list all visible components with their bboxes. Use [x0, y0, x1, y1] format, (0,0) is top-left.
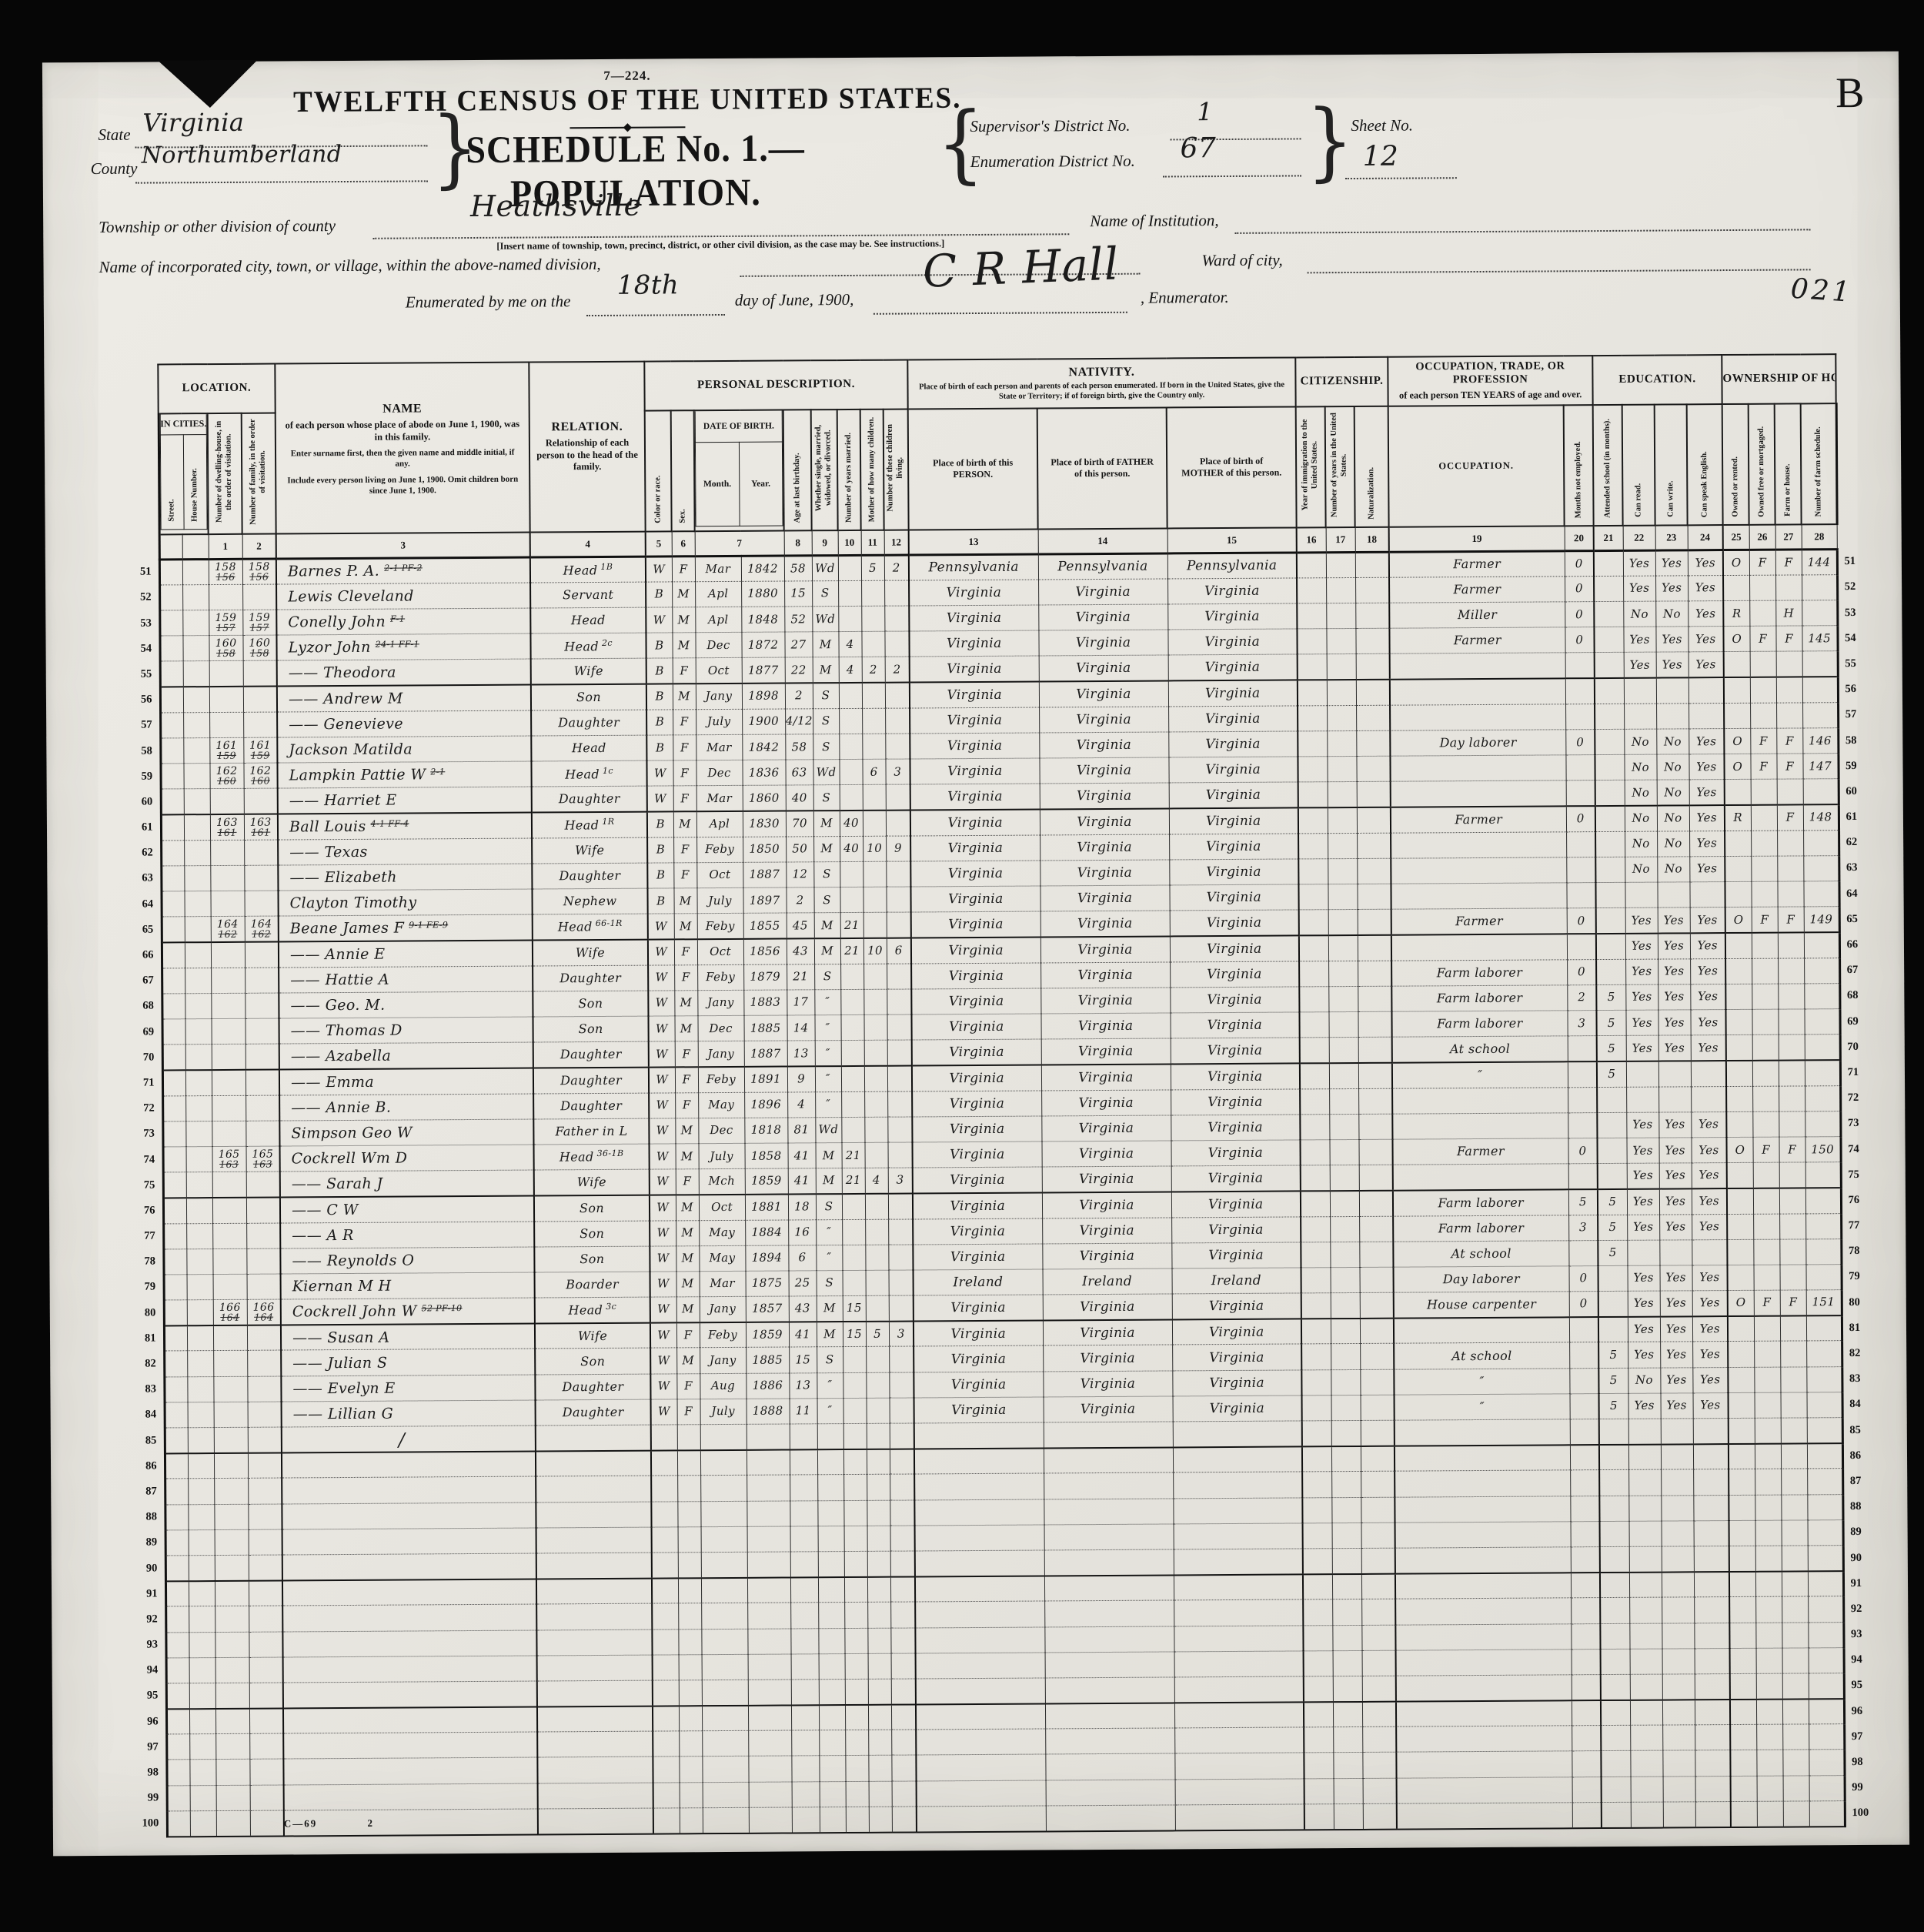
- cell-family-number: [244, 788, 278, 814]
- cell-color-race: W: [647, 786, 673, 811]
- cell-can-read: [1628, 1419, 1661, 1444]
- cell-marital-status: S: [814, 887, 840, 913]
- cell-can-write: No: [1657, 780, 1689, 805]
- cell-months-not-employed: 0: [1565, 627, 1594, 653]
- cell-years-married: [838, 580, 861, 606]
- cell-house-number: [186, 1198, 212, 1223]
- cell-years-married: [839, 683, 862, 708]
- cell-pob-person: Virginia: [913, 1192, 1042, 1218]
- cell-children-living: 2: [884, 555, 909, 580]
- cell-age: 11: [790, 1399, 817, 1424]
- cell-farm-schedule-number: [1806, 1265, 1842, 1290]
- cell-pob-person: Virginia: [914, 1295, 1043, 1321]
- row-number-left: 67: [128, 968, 162, 994]
- row-number-left: 72: [129, 1096, 162, 1121]
- cell-naturalization: [1361, 1523, 1395, 1548]
- cell-dwelling-number: 165163: [212, 1146, 246, 1172]
- cell-sex: [677, 1425, 700, 1450]
- city-label: Name of incorporated city, town, or vill…: [99, 255, 600, 277]
- cell-years-married: [844, 1526, 867, 1551]
- cell-occupation: [1395, 1573, 1571, 1599]
- cell-years-married: [841, 1117, 864, 1142]
- cell-can-speak-english: Yes: [1688, 601, 1723, 627]
- cell-can-write: Yes: [1655, 627, 1688, 652]
- bottom-print-code: C—69 2: [284, 1817, 374, 1830]
- cell-pob-father: [1044, 1447, 1173, 1473]
- cell-can-read: [1629, 1597, 1662, 1623]
- row-number-left: 98: [132, 1760, 166, 1785]
- row-number-right: 70: [1840, 1035, 1874, 1060]
- cell-occupation: Farm laborer: [1393, 1215, 1568, 1242]
- cell-pob-father: Virginia: [1040, 860, 1169, 886]
- cell-age: [791, 1756, 819, 1781]
- supervisor-district-label: Supervisor's District No.: [970, 116, 1130, 136]
- cell-birth-year: 1859: [745, 1168, 788, 1195]
- cell-sex: F: [676, 1373, 700, 1399]
- page-mark: 021: [1790, 273, 1854, 309]
- cell-pob-father: Virginia: [1043, 1345, 1172, 1371]
- cell-birth-month: Mar: [695, 556, 741, 582]
- cell-birth-month: July: [699, 1143, 745, 1169]
- cell-marital-status: ″: [816, 1219, 842, 1245]
- cell-farm-schedule-number: [1809, 1724, 1844, 1750]
- cell-birth-month: [701, 1629, 747, 1655]
- cell-occupation: At school: [1394, 1342, 1569, 1369]
- enumerator-suffix: , Enumerator.: [1141, 288, 1229, 308]
- cell-marital-status: M: [814, 938, 840, 964]
- cell-pob-person: [915, 1525, 1044, 1551]
- cell-occupation: [1391, 883, 1567, 910]
- cell-children-living: [888, 1193, 913, 1218]
- cell-relation: [538, 1783, 653, 1809]
- cell-farm-schedule-number: 150: [1805, 1137, 1841, 1162]
- cell-relation: [537, 1731, 653, 1757]
- row-number-right: 82: [1842, 1341, 1876, 1366]
- cell-color-race: [652, 1553, 678, 1578]
- cell-name: —— Geo. M.: [279, 991, 533, 1018]
- cell-owned-rented: O: [1723, 550, 1749, 575]
- cell-pob-father: [1044, 1472, 1173, 1499]
- cell-relation: Daughter: [533, 965, 648, 991]
- cell-name: Lewis Cleveland: [276, 583, 530, 610]
- cell-years-married: [845, 1730, 868, 1756]
- cell-owned-rented: [1724, 652, 1750, 677]
- cell-pob-father: Virginia: [1041, 1013, 1171, 1039]
- row-number-right: 56: [1838, 677, 1872, 702]
- cell-pob-person: [915, 1550, 1044, 1576]
- cell-birth-year: 1856: [743, 938, 787, 964]
- cell-occupation: [1392, 1113, 1568, 1140]
- cell-color-race: B: [646, 658, 673, 684]
- cell-birth-month: Jany: [698, 1041, 744, 1068]
- cell-family-number: 160158: [242, 635, 276, 660]
- cell-owned-rented: [1729, 1469, 1755, 1495]
- cell-years-in-us: [1327, 654, 1356, 680]
- cell-age: 70: [786, 811, 813, 836]
- cell-occupation: Day laborer: [1390, 730, 1565, 757]
- cell-free-mortgaged: F: [1751, 754, 1777, 779]
- cell-years-in-us: [1331, 1472, 1361, 1497]
- cell-owned-rented: [1727, 1214, 1753, 1239]
- cell-farm-schedule-number: [1807, 1418, 1842, 1443]
- cell-marital-status: ″: [815, 1066, 841, 1091]
- cell-name: —— Elizabeth: [278, 864, 532, 891]
- cell-mother-of-children: [864, 1014, 887, 1040]
- cell-dwelling-number: 166164: [213, 1299, 247, 1325]
- cell-mother-of-children: [868, 1704, 891, 1730]
- cell-naturalization: [1358, 986, 1391, 1011]
- cell-name: —— Lillian G: [282, 1400, 536, 1427]
- cell-birth-year: 1842: [741, 556, 784, 582]
- cell-pob-mother: [1173, 1472, 1302, 1498]
- cell-can-write: Yes: [1656, 652, 1689, 677]
- cell-sex: M: [673, 684, 696, 709]
- cell-can-speak-english: Yes: [1688, 627, 1723, 652]
- cell-age: 4: [787, 1091, 815, 1117]
- cell-years-in-us: [1332, 1574, 1361, 1599]
- nativity-group-header: NATIVITY. Place of birth of each person …: [907, 357, 1295, 409]
- cell-can-write: [1662, 1521, 1694, 1546]
- cell-free-mortgaged: [1756, 1724, 1782, 1750]
- cell-farm-house: F: [1775, 550, 1802, 575]
- cell-farm-schedule-number: [1806, 1341, 1842, 1366]
- cell-farm-house: [1780, 1367, 1806, 1392]
- cell-birth-month: July: [696, 709, 742, 735]
- cell-sex: M: [675, 1118, 698, 1143]
- cell-age: [790, 1526, 818, 1552]
- cell-mother-of-children: [865, 1194, 888, 1219]
- cell-mother-of-children: [862, 734, 885, 759]
- cell-pob-person: Virginia: [910, 707, 1039, 734]
- cell-street: [164, 1325, 187, 1351]
- cell-birth-month: July: [700, 1399, 747, 1425]
- cell-years-in-us: [1333, 1676, 1362, 1701]
- cell-immigration-year: [1302, 1497, 1331, 1523]
- cell-color-race: W: [650, 1195, 676, 1220]
- cell-name: Beane James F9-1 FE-9: [279, 914, 533, 941]
- cell-house-number: [185, 1045, 212, 1070]
- row-number-left: 95: [132, 1683, 166, 1709]
- row-number-right: 52: [1837, 574, 1871, 600]
- cell-color-race: [652, 1603, 678, 1629]
- cell-family-number: [249, 1733, 283, 1759]
- cell-pob-person: [914, 1448, 1044, 1474]
- cell-owned-rented: [1725, 958, 1752, 984]
- cell-years-in-us: [1332, 1599, 1361, 1625]
- cell-pob-person: Virginia: [910, 733, 1039, 759]
- cell-sex: F: [672, 556, 695, 581]
- cell-house-number: [187, 1351, 213, 1376]
- cell-color-race: W: [646, 607, 672, 633]
- cell-birth-year: 1830: [743, 811, 786, 837]
- cell-birth-year: [747, 1501, 790, 1527]
- cell-relation: [536, 1578, 652, 1604]
- cell-years-married: [843, 1500, 867, 1526]
- row-number-right: 100: [1845, 1800, 1879, 1826]
- cell-birth-year: [747, 1475, 790, 1501]
- cell-can-speak-english: Yes: [1689, 754, 1724, 780]
- cell-sex: F: [673, 658, 696, 684]
- cell-months-not-employed: [1569, 1342, 1598, 1368]
- cell-attended-school: [1598, 1163, 1627, 1188]
- cell-can-speak-english: Yes: [1689, 831, 1725, 856]
- row-number-left: 82: [130, 1351, 164, 1376]
- cell-attended-school: [1602, 1777, 1631, 1802]
- cell-house-number: [189, 1760, 215, 1785]
- cell-age: 45: [787, 913, 814, 938]
- cell-age: 41: [788, 1168, 816, 1194]
- cell-occupation: [1395, 1470, 1570, 1497]
- cell-age: [792, 1807, 820, 1833]
- cell-can-speak-english: [1690, 882, 1725, 908]
- cell-family-number: [249, 1529, 282, 1555]
- cell-owned-rented: [1724, 703, 1750, 728]
- cell-attended-school: [1600, 1546, 1629, 1572]
- cell-owned-rented: [1729, 1623, 1755, 1648]
- cell-color-race: W: [648, 965, 674, 991]
- cell-family-number: [248, 1402, 282, 1427]
- cell-pob-mother: [1175, 1804, 1304, 1830]
- cell-free-mortgaged: [1755, 1443, 1781, 1469]
- cell-farm-house: [1782, 1520, 1808, 1546]
- cell-years-in-us: [1328, 884, 1358, 910]
- cell-birth-month: [700, 1476, 747, 1502]
- cell-name: —— Andrew M: [277, 685, 531, 712]
- row-number-left: 90: [132, 1556, 165, 1581]
- cell-years-married: [844, 1628, 867, 1653]
- cell-naturalization: [1358, 1114, 1392, 1139]
- cell-marital-status: S: [814, 964, 840, 989]
- cell-birth-month: Apl: [695, 581, 741, 607]
- row-number-left: 76: [129, 1198, 163, 1223]
- cell-relation: [536, 1476, 651, 1502]
- cell-family-number: 159157: [242, 610, 276, 635]
- cell-occupation: [1393, 1164, 1568, 1191]
- cell-can-read: [1629, 1623, 1662, 1649]
- cell-house-number: [187, 1274, 213, 1299]
- cell-age: 52: [784, 607, 812, 632]
- cell-immigration-year: [1304, 1778, 1334, 1803]
- cell-relation: Wife: [532, 837, 647, 864]
- cell-farm-schedule-number: [1803, 779, 1839, 804]
- cell-attended-school: [1596, 882, 1625, 908]
- cell-house-number: [186, 1147, 212, 1172]
- cell-name: —— A R: [280, 1222, 534, 1248]
- cell-pob-person: Virginia: [914, 1345, 1043, 1372]
- cell-birth-month: [700, 1450, 747, 1476]
- cell-sex: F: [673, 735, 696, 760]
- cell-age: 2: [787, 887, 814, 913]
- cell-naturalization: [1356, 654, 1390, 680]
- cell-house-number: [189, 1581, 215, 1606]
- cell-age: [790, 1424, 817, 1449]
- cell-farm-schedule-number: [1805, 1162, 1841, 1188]
- cell-attended-school: [1599, 1419, 1628, 1444]
- cell-street: [161, 866, 184, 891]
- cell-years-in-us: [1327, 730, 1356, 756]
- cell-sex: M: [676, 1348, 700, 1373]
- cell-color-race: W: [650, 1144, 676, 1169]
- cell-birth-month: Feby: [696, 837, 743, 863]
- cell-owned-rented: [1730, 1673, 1756, 1699]
- cell-naturalization: [1361, 1446, 1395, 1471]
- in-cities-header: IN CITIES.: [160, 414, 207, 435]
- cell-marital-status: S: [816, 1194, 842, 1219]
- cell-can-speak-english: [1691, 1086, 1726, 1111]
- cell-dwelling-number: [215, 1657, 249, 1683]
- cell-months-not-employed: [1572, 1649, 1601, 1674]
- cell-pob-person: Virginia: [914, 1397, 1044, 1423]
- cell-can-read: [1629, 1546, 1662, 1572]
- cell-color-race: [653, 1782, 680, 1807]
- cell-house-number: [188, 1504, 214, 1529]
- institution-label: Name of Institution,: [1090, 211, 1219, 231]
- cell-birth-year: 1877: [742, 657, 785, 684]
- row-number-right: 97: [1844, 1724, 1878, 1750]
- cell-can-read: Yes: [1625, 934, 1658, 959]
- cell-marital-status: Wd: [812, 607, 838, 632]
- cell-naturalization: [1359, 1242, 1393, 1267]
- cell-immigration-year: [1299, 884, 1328, 910]
- cell-birth-year: [748, 1654, 791, 1680]
- cell-birth-month: [701, 1603, 747, 1629]
- enumeration-district-label: Enumeration District No.: [970, 152, 1135, 172]
- cell-age: 6: [788, 1245, 816, 1270]
- attended-school-col-header: Attended school (in months).: [1603, 416, 1613, 521]
- cell-marital-status: Wd: [815, 1117, 841, 1142]
- cell-months-not-employed: [1568, 1036, 1597, 1061]
- cell-months-not-employed: 3: [1568, 1011, 1597, 1036]
- cell-can-write: [1656, 677, 1689, 703]
- cell-pob-person: [916, 1754, 1045, 1780]
- cell-free-mortgaged: [1756, 1699, 1782, 1724]
- cell-farm-house: [1783, 1801, 1809, 1827]
- cell-months-not-employed: [1565, 704, 1595, 729]
- cell-can-speak-english: Yes: [1689, 856, 1725, 881]
- cell-relation: Daughter: [533, 1093, 649, 1119]
- row-number-right: 92: [1843, 1596, 1877, 1622]
- cell-owned-rented: O: [1728, 1290, 1754, 1315]
- census-title: TWELFTH CENSUS OF THE UNITED STATES.: [266, 81, 989, 120]
- cell-farm-schedule-number: [1805, 1035, 1840, 1060]
- cell-family-number: 162160: [243, 763, 277, 788]
- cell-marital-status: [819, 1705, 845, 1730]
- cell-years-in-us: [1327, 705, 1356, 730]
- cell-naturalization: [1358, 961, 1391, 986]
- cell-pob-mother: Virginia: [1169, 834, 1298, 860]
- cell-birth-month: [702, 1757, 748, 1783]
- cell-pob-father: [1045, 1703, 1174, 1729]
- cell-can-write: No: [1657, 857, 1689, 882]
- cell-age: [790, 1552, 818, 1577]
- cell-sex: [679, 1680, 702, 1706]
- cell-farm-house: [1782, 1750, 1809, 1775]
- cell-pob-person: Virginia: [911, 988, 1040, 1014]
- cell-relation: Boarder: [535, 1272, 650, 1298]
- cell-street: [165, 1453, 188, 1479]
- cell-farm-house: [1782, 1699, 1809, 1724]
- cell-years-married: 40: [840, 836, 863, 861]
- cell-mother-of-children: [863, 989, 887, 1014]
- cell-relation: [537, 1680, 653, 1706]
- cell-house-number: [183, 764, 209, 789]
- cell-occupation: [1395, 1598, 1571, 1625]
- cell-pob-father: [1044, 1524, 1174, 1550]
- cell-years-in-us: [1333, 1727, 1362, 1753]
- cell-attended-school: [1600, 1572, 1629, 1597]
- cell-can-speak-english: Yes: [1692, 1214, 1727, 1239]
- cell-pob-father: Virginia: [1039, 757, 1168, 784]
- row-number-right: 69: [1840, 1008, 1874, 1034]
- cell-pob-mother: [1174, 1676, 1304, 1703]
- cell-birth-month: Feby: [697, 964, 743, 991]
- cell-occupation: Farm laborer: [1391, 959, 1567, 986]
- cell-farm-house: F: [1777, 804, 1803, 830]
- cell-can-write: Yes: [1658, 958, 1690, 984]
- row-number-right: 99: [1845, 1775, 1879, 1800]
- cell-can-read: [1631, 1777, 1663, 1802]
- cell-name: —— Evelyn E: [281, 1375, 535, 1402]
- cell-attended-school: [1595, 678, 1624, 704]
- cell-pob-person: [917, 1780, 1046, 1807]
- cell-months-not-employed: 0: [1565, 576, 1594, 601]
- cell-birth-month: May: [698, 1092, 744, 1118]
- cell-birth-year: 1885: [746, 1347, 789, 1373]
- cell-farm-schedule-number: 145: [1802, 626, 1837, 651]
- row-number-right: 65: [1839, 907, 1873, 932]
- row-number-left: 61: [127, 814, 161, 840]
- cell-street: [165, 1428, 188, 1453]
- cell-immigration-year: [1302, 1396, 1331, 1421]
- cell-years-married: [843, 1398, 867, 1423]
- ward-rule: [1308, 269, 1811, 273]
- month-col-header: Month.: [695, 442, 739, 526]
- cell-color-race: [653, 1757, 679, 1782]
- owned-rented-col-header: Owned or rented.: [1731, 453, 1741, 520]
- cell-naturalization: [1358, 1088, 1392, 1114]
- cell-street: [163, 1172, 186, 1198]
- cell-free-mortgaged: [1752, 1086, 1779, 1111]
- cell-birth-month: May: [699, 1245, 745, 1272]
- cell-street: [163, 1248, 186, 1274]
- cell-dwelling-number: [212, 1248, 246, 1274]
- cell-sex: F: [676, 1322, 700, 1348]
- cell-farm-schedule-number: [1802, 651, 1838, 677]
- cell-house-number: [189, 1606, 215, 1632]
- cell-free-mortgaged: [1751, 779, 1777, 804]
- cell-farm-house: [1781, 1418, 1807, 1443]
- cell-free-mortgaged: [1752, 958, 1778, 984]
- cell-family-number: [249, 1555, 282, 1580]
- row-number-right: 86: [1842, 1443, 1876, 1469]
- cell-years-in-us: [1326, 629, 1355, 654]
- cell-can-speak-english: [1695, 1750, 1730, 1776]
- cell-pob-father: Virginia: [1040, 936, 1170, 962]
- cell-street: [162, 994, 185, 1019]
- cell-pob-person: Virginia: [909, 605, 1038, 631]
- cell-children-living: 3: [888, 1168, 913, 1193]
- colnum-street: [159, 534, 182, 560]
- cell-age: 63: [785, 760, 813, 785]
- cell-pob-father: Virginia: [1040, 783, 1169, 809]
- row-number-left: 63: [127, 866, 161, 891]
- cell-family-number: [246, 1248, 280, 1274]
- cell-birth-year: 1891: [744, 1066, 787, 1092]
- cell-dwelling-number: [210, 865, 244, 891]
- cell-occupation: [1391, 934, 1567, 961]
- cell-can-speak-english: [1694, 1597, 1729, 1623]
- cell-immigration-year: [1300, 1038, 1329, 1063]
